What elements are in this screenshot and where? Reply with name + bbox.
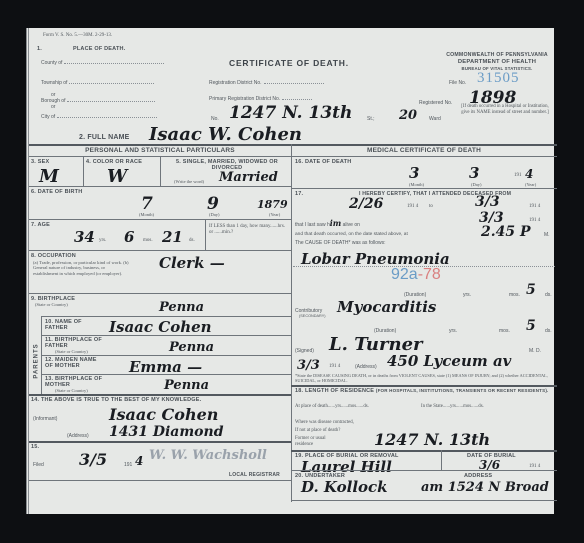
medical-heading: MEDICAL CERTIFICATE OF DEATH [291, 147, 557, 154]
st-label: St.; [367, 116, 375, 122]
contributory-value: Myocarditis [337, 298, 436, 316]
age-years-unit: yrs. [99, 238, 106, 243]
or-label: or [51, 104, 55, 110]
parents-side-label: PARENTS [34, 343, 40, 378]
mos-label-2: mos. [499, 328, 510, 334]
father-birthplace-sub: (State or Country) [55, 349, 88, 354]
registrar-label: Local Registrar [229, 472, 280, 478]
form-number: Form V. S. No. 5.—30M. 2-29-13. [43, 33, 112, 38]
attest-label: 14. THE ABOVE IS TRUE TO THE BEST OF MY … [31, 397, 201, 403]
undertaker-address-value: am 1524 N Broad [421, 480, 549, 495]
mother-birthplace-label: 13. BIRTHPLACE OF MOTHER [45, 376, 105, 388]
physician-address-value: 450 Lyceum av [387, 352, 511, 370]
residence-at-place: At place of death......yrs......mos.....… [295, 404, 421, 409]
attended-to: 3/3 [475, 194, 500, 210]
death-occurred-text: and that death occurred, on the date sta… [295, 232, 408, 237]
file-no-value: 31505 [477, 70, 520, 87]
cause-code: 92a-78 [391, 266, 441, 284]
filed-value: 3/5 [79, 450, 107, 469]
father-name-value: Isaac Cohen [109, 318, 212, 336]
dod-day-caption: (Day) [471, 182, 482, 187]
registered-no-value: 1898 [469, 88, 516, 108]
birthplace-sub: (State or Country) [35, 302, 68, 307]
attended-from: 2/26 [349, 196, 383, 212]
physician-address-label: (Address) [355, 364, 377, 370]
to-label: to [429, 204, 433, 209]
dod-month: 3 [409, 164, 419, 182]
mother-name-label: 12. MAIDEN NAME OF MOTHER [45, 357, 105, 369]
township-field: Township of [41, 80, 201, 86]
filed-year-prefix: 191 [124, 462, 132, 468]
to-year: 191 4 [529, 204, 540, 209]
registered-no-label: Registered No. [419, 100, 452, 106]
filed-number: 15. [31, 444, 39, 450]
authority-line-2: DEPARTMENT OF HEALTH [442, 59, 552, 65]
age-months: 6 [124, 228, 134, 246]
undertaker-address-label: ADDRESS [464, 473, 492, 479]
signed-date: 3/3 [297, 358, 320, 373]
dob-day: 9 [207, 194, 219, 214]
dod-label: 16. DATE OF DEATH [295, 159, 351, 165]
file-no-label: File No. [449, 80, 466, 86]
father-birthplace-value: Penna [169, 340, 214, 355]
occupation-description: (a) Trade, profession, or particular kin… [33, 260, 131, 276]
sex-label: 3. SEX [31, 159, 49, 165]
duration-2-value: 5 [526, 318, 536, 334]
personal-heading: PERSONAL AND STATISTICAL PARTICULARS [29, 147, 291, 154]
ds-label-1: ds. [545, 292, 552, 298]
dod-day: 3 [469, 164, 479, 182]
city-field: City of [41, 114, 201, 120]
contributory-sub: (SECONDARY) [299, 314, 326, 318]
former-residence-value: 1247 N. 13th [374, 430, 490, 449]
dob-label: 6. DATE OF BIRTH [31, 189, 82, 195]
former-residence-label: Former or usual residence [295, 436, 335, 447]
informant-label: (Informant) [33, 416, 57, 422]
last-saw-line: that I last saw him alive on [295, 218, 360, 228]
m-label: M. [544, 232, 550, 238]
street-no-label: No. [211, 116, 219, 122]
residence-in-state: In the State......yrs......mos......ds. [421, 404, 555, 409]
full-name-value: Isaac W. Cohen [149, 124, 302, 145]
informant-address-value: 1431 Diamond [109, 424, 224, 440]
color-label: 4. COLOR OR RACE [86, 159, 142, 165]
yrs-label-2: yrs. [449, 328, 457, 334]
dob-year-caption: (Year) [269, 212, 280, 217]
dob-day-caption: (Day) [209, 212, 220, 217]
occupation-label: 8. OCCUPATION [31, 253, 76, 259]
filed-year-suffix: 4 [135, 454, 143, 468]
if-not-at-place: If not at place of death? [295, 428, 340, 433]
from-year: 191 4 [407, 204, 418, 209]
residence-heading: 18. LENGTH OF RESIDENCE (FOR HOSPITALS, … [295, 388, 555, 395]
certify-number: 17. [295, 191, 303, 197]
filed-label: Filed [33, 462, 44, 468]
sex-value: M [39, 166, 59, 187]
dod-month-caption: (Month) [409, 182, 424, 187]
dob-month: 7 [141, 194, 153, 214]
father-birthplace-label: 11. BIRTHPLACE OF FATHER [45, 337, 105, 349]
age-months-unit: mos. [143, 238, 153, 243]
age-label: 7. AGE [31, 222, 50, 228]
cause-footnote: *State the DISEASE CAUSING DEATH, or in … [295, 373, 557, 383]
age-years: 34 [74, 228, 95, 246]
cause-text: The CAUSE OF DEATH* was as follows: [295, 240, 386, 246]
county-field: County of [41, 60, 201, 66]
marital-hint: (Write the word) [174, 179, 204, 184]
ds-label-2: ds. [545, 328, 552, 334]
registrar-signature: W. W. Wachsholl [149, 448, 267, 463]
birthplace-value: Penna [159, 300, 204, 315]
informant-value: Isaac Cohen [109, 405, 218, 424]
ward-value: 20 [399, 108, 417, 123]
time-of-death: 2.45 P [481, 224, 531, 240]
signed-year: 191 4 [329, 364, 340, 369]
registration-district-field: Registration District No. [209, 80, 324, 86]
marital-value: Married [219, 170, 278, 185]
authority-line-1: COMMONWEALTH OF PENNSYLVANIA [442, 52, 552, 58]
mother-birthplace-sub: (State or Country) [55, 388, 88, 393]
certificate-title: CERTIFICATE OF DEATH. [229, 58, 349, 68]
signed-label: (Signed) [295, 348, 314, 354]
color-value: W [107, 166, 127, 187]
burial-year: 191 4 [529, 464, 540, 469]
mos-label-1: mos. [509, 292, 520, 298]
last-saw-year: 191 4 [529, 218, 540, 223]
duration-1-value: 5 [526, 282, 536, 298]
father-name-label: 10. NAME OF FATHER [45, 319, 100, 331]
occupation-value: Clerk — [159, 254, 225, 272]
dob-month-caption: (Month) [139, 212, 154, 217]
dod-year-caption: (Year) [525, 182, 536, 187]
undertaker-value: D. Kollock [301, 478, 388, 496]
primary-registration-field: Primary Registration District No. [209, 96, 312, 102]
dod-year-prefix: 191 [514, 173, 522, 178]
place-of-death-heading: PLACE OF DEATH. [73, 46, 125, 52]
md-label: M. D. [529, 348, 541, 354]
dob-year: 1879 [257, 198, 288, 211]
borough-field: Borough of [41, 98, 201, 104]
yrs-label-1: yrs. [463, 292, 471, 298]
ward-label: Ward [429, 116, 441, 122]
age-days: 21 [162, 228, 183, 246]
death-certificate: Form V. S. No. 5.—30M. 2-29-13. 1. PLACE… [26, 28, 554, 514]
street-address-value: 1247 N. 13th [229, 103, 352, 123]
mother-birthplace-value: Penna [164, 378, 209, 393]
where-contracted: Where was disease contracted, [295, 420, 354, 425]
less-than-day-note: If LESS than 1 day, how many......hrs. o… [209, 224, 289, 236]
place-of-death-number: 1. [37, 46, 42, 52]
informant-address-label: (Address) [67, 433, 89, 439]
age-days-unit: ds. [189, 238, 195, 243]
full-name-label: 2. FULL NAME [79, 134, 130, 141]
dod-year-suffix: 4 [525, 167, 533, 181]
